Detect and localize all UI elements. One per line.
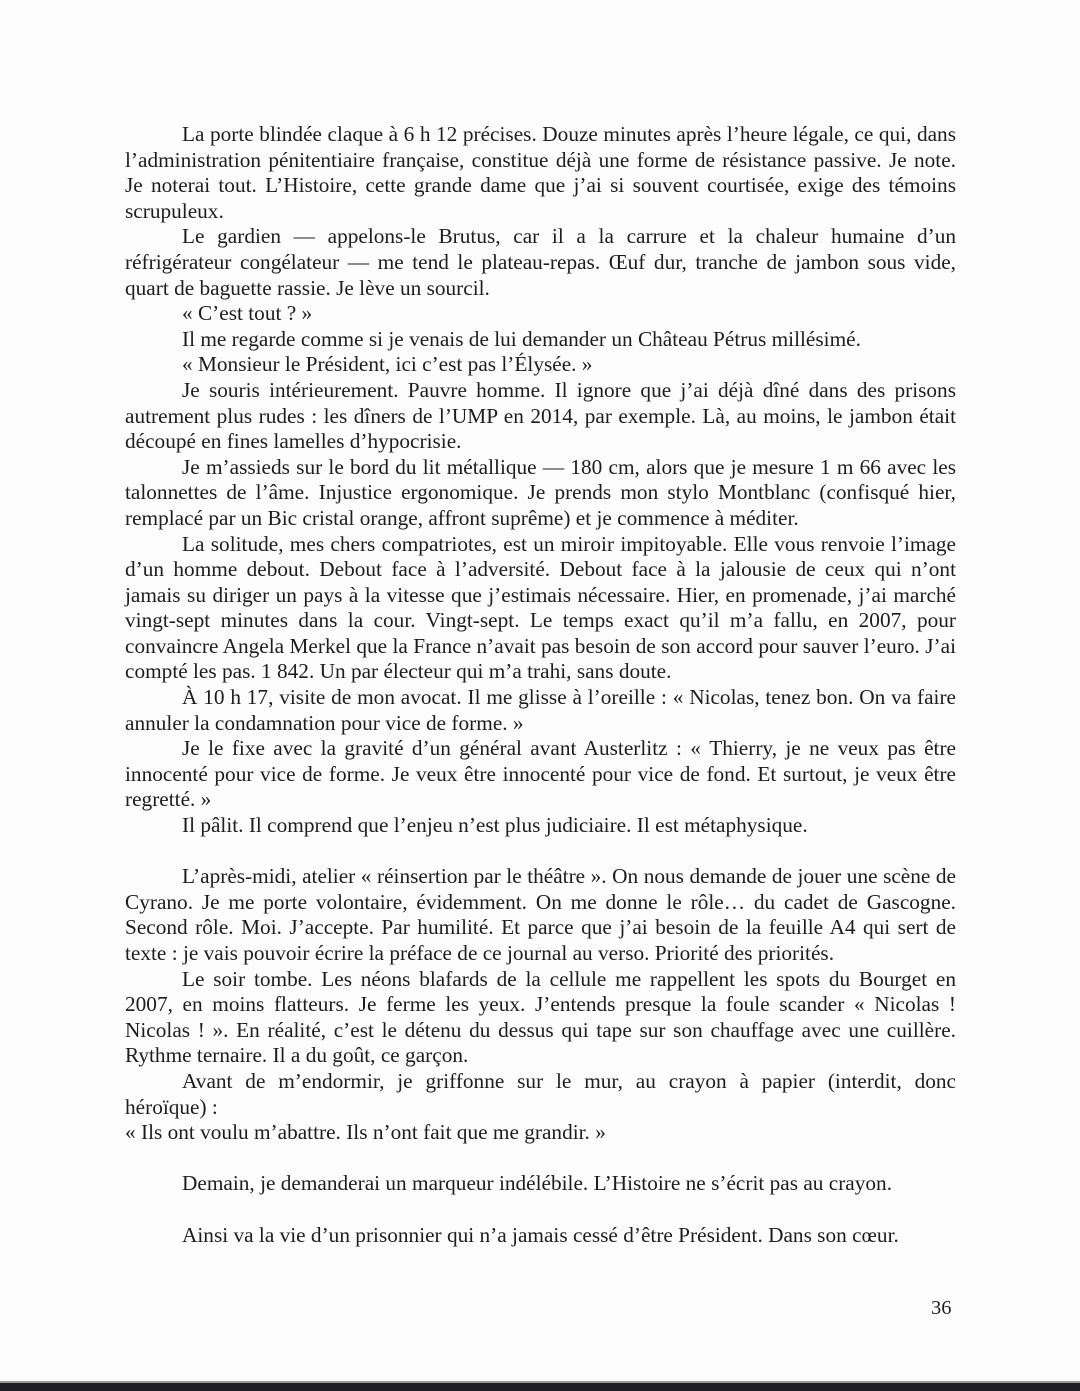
paragraph: Demain, je demanderai un marqueur indélé…	[125, 1171, 956, 1197]
paragraph: Il pâlit. Il comprend que l’enjeu n’est …	[125, 813, 956, 839]
paragraph: « Ils ont voulu m’abattre. Ils n’ont fai…	[125, 1120, 956, 1146]
page-body: La porte blindée claque à 6 h 12 précise…	[125, 122, 956, 1248]
paragraph: « Monsieur le Président, ici c’est pas l…	[125, 352, 956, 378]
paragraph: À 10 h 17, visite de mon avocat. Il me g…	[125, 685, 956, 736]
paragraph: Le soir tombe. Les néons blafards de la …	[125, 967, 956, 1069]
paragraph-spacer	[125, 839, 956, 865]
paragraph: Je m’assieds sur le bord du lit métalliq…	[125, 455, 956, 532]
paragraph: L’après-midi, atelier « réinsertion par …	[125, 864, 956, 966]
document-page: La porte blindée claque à 6 h 12 précise…	[0, 0, 1080, 1391]
paragraph: Le gardien — appelons-le Brutus, car il …	[125, 224, 956, 301]
paragraph: Il me regarde comme si je venais de lui …	[125, 327, 956, 353]
page-number: 36	[931, 1296, 952, 1321]
paragraph: Je le fixe avec la gravité d’un général …	[125, 736, 956, 813]
paragraph: « C’est tout ? »	[125, 301, 956, 327]
paragraph: Ainsi va la vie d’un prisonnier qui n’a …	[125, 1223, 956, 1249]
paragraph: Je souris intérieurement. Pauvre homme. …	[125, 378, 956, 455]
paragraph-spacer	[125, 1146, 956, 1172]
paragraph: La solitude, mes chers compatriotes, est…	[125, 532, 956, 686]
bottom-bar	[0, 1381, 1080, 1391]
paragraph-spacer	[125, 1197, 956, 1223]
paragraph: La porte blindée claque à 6 h 12 précise…	[125, 122, 956, 224]
paragraph: Avant de m’endormir, je griffonne sur le…	[125, 1069, 956, 1120]
